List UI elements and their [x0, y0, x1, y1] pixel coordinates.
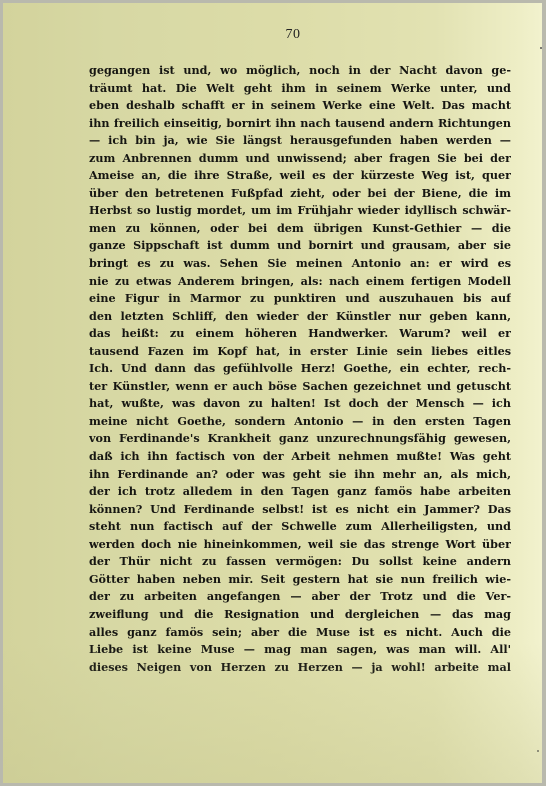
book-page: 70 gegangen ist und, wo möglich, noch in… — [3, 3, 542, 783]
text-line: daß ich ihn factisch von der Arbeit nehm… — [89, 448, 511, 466]
text-line: werden doch nie hineinkommen, weil sie d… — [89, 536, 511, 554]
text-line: tausend Fazen im Kopf hat, in erster Lin… — [89, 343, 511, 361]
text-line: Liebe ist keine Muse — mag man sagen, wa… — [89, 641, 511, 659]
text-line: der ich trotz alledem in den Tagen ganz … — [89, 483, 511, 501]
text-line: meine nicht Goethe, sondern Antonio — in… — [89, 413, 511, 431]
text-line: das heißt: zu einem höheren Handwerker. … — [89, 325, 511, 343]
text-line: eben deshalb schafft er in seinem Werke … — [89, 97, 511, 115]
text-line: dieses Neigen von Herzen zu Herzen — ja … — [89, 659, 511, 677]
text-line: träumt hat. Die Welt geht ihm in seinem … — [89, 80, 511, 98]
text-line: steht nun factisch auf der Schwelle zum … — [89, 518, 511, 536]
text-line: Ameise an, die ihre Straße, weil es der … — [89, 167, 511, 185]
text-line: ter Künstler, wenn er auch böse Sachen g… — [89, 378, 511, 396]
text-line: zum Anbrennen dumm und unwissend; aber f… — [89, 150, 511, 168]
page-number: 70 — [3, 27, 542, 43]
text-line: nie zu etwas Anderem bringen, als: nach … — [89, 273, 511, 291]
paper-speck — [540, 47, 542, 49]
text-line: können? Und Ferdinande selbst! ist es ni… — [89, 501, 511, 519]
body-text: gegangen ist und, wo möglich, noch in de… — [89, 62, 511, 676]
text-line: gegangen ist und, wo möglich, noch in de… — [89, 62, 511, 80]
text-line: men zu können, oder bei dem übrigen Kuns… — [89, 220, 511, 238]
text-line: Herbst so lustig mordet, um im Frühjahr … — [89, 202, 511, 220]
text-line: von Ferdinande's Krankheit ganz unzurech… — [89, 430, 511, 448]
text-line: zweiflung und die Resignation und dergle… — [89, 606, 511, 624]
text-line: bringt es zu was. Sehen Sie meinen Anton… — [89, 255, 511, 273]
paper-speck — [537, 750, 539, 752]
text-line: der zu arbeiten angefangen — aber der Tr… — [89, 588, 511, 606]
text-line: ihn freilich einseitig, bornirt ihn nach… — [89, 115, 511, 133]
text-line: der Thür nicht zu fassen vermögen: Du so… — [89, 553, 511, 571]
text-line: den letzten Schliff, den wieder der Küns… — [89, 308, 511, 326]
text-line: Ich. Und dann das gefühlvolle Herz! Goet… — [89, 360, 511, 378]
text-line: alles ganz famös sein; aber die Muse ist… — [89, 624, 511, 642]
text-line: — ich bin ja, wie Sie längst herausgefun… — [89, 132, 511, 150]
text-line: eine Figur in Marmor zu punktiren und au… — [89, 290, 511, 308]
text-line: ganze Sippschaft ist dumm und bornirt un… — [89, 237, 511, 255]
text-line: hat, wußte, was davon zu halten! Ist doc… — [89, 395, 511, 413]
text-line: Götter haben neben mir. Seit gestern hat… — [89, 571, 511, 589]
text-line: über den betretenen Fußpfad zieht, oder … — [89, 185, 511, 203]
text-line: ihn Ferdinande an? oder was geht sie ihn… — [89, 466, 511, 484]
